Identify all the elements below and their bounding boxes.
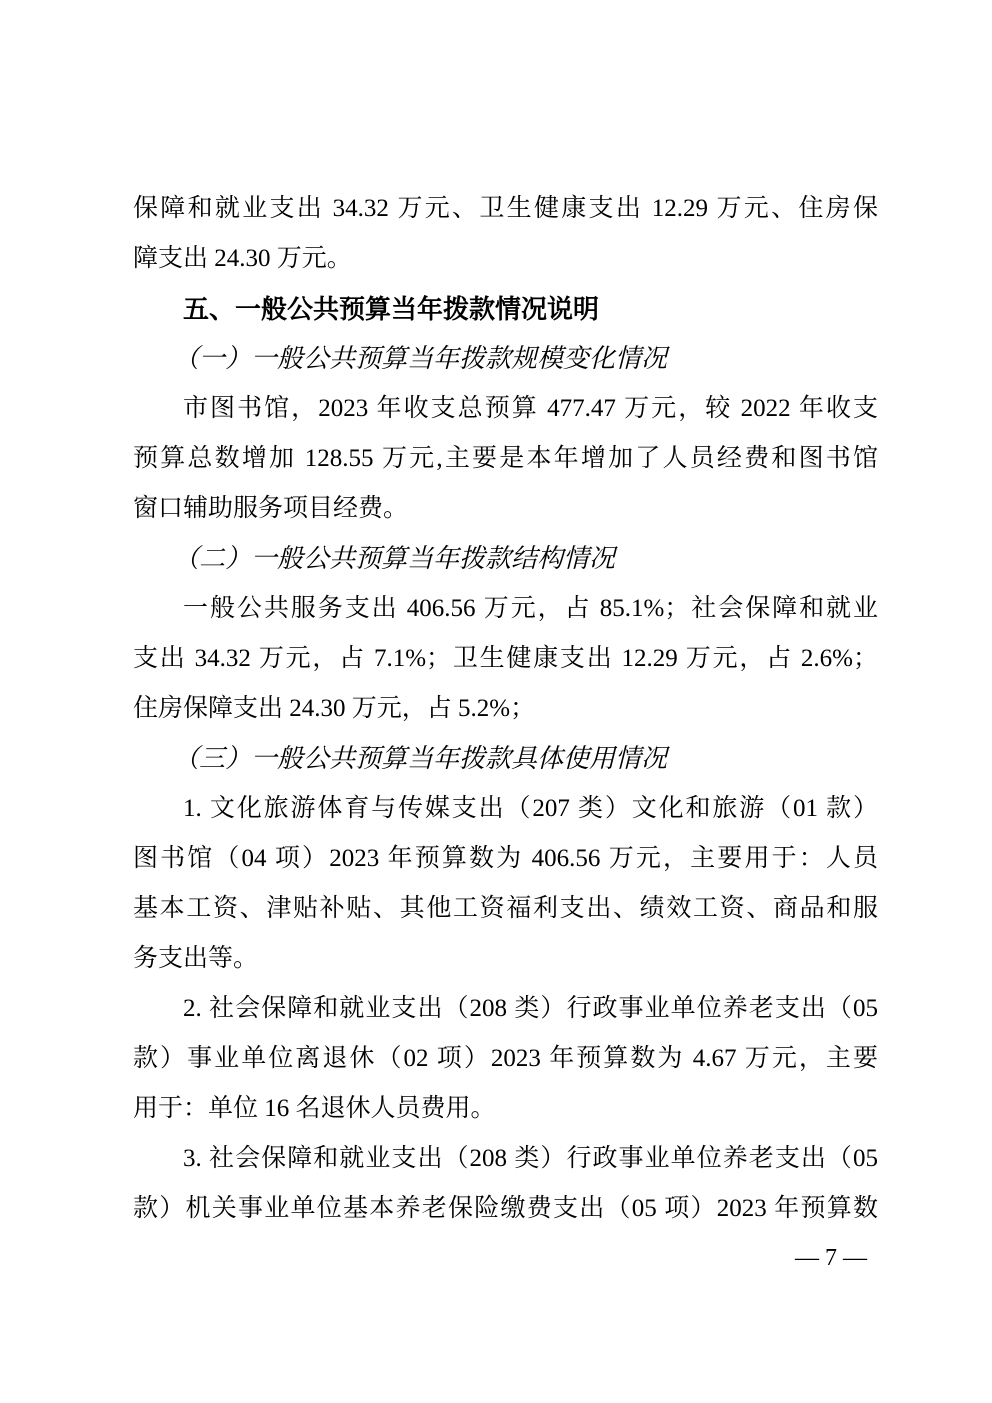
para-item-3: 3. 社会保障和就业支出（208 类）行政事业单位养老支出（05款）机关事业单位… (133, 1134, 878, 1234)
text-line: 支出 34.32 万元，占 7.1%；卫生健康支出 12.29 万元，占 2.6… (133, 634, 878, 684)
text-line: 2. 社会保障和就业支出（208 类）行政事业单位养老支出（05 (133, 984, 878, 1034)
page: 保障和就业支出 34.32 万元、卫生健康支出 12.29 万元、住房保障支出 … (0, 0, 992, 1403)
text-line: （三）一般公共预算当年拨款具体使用情况 (133, 734, 878, 784)
subheading-2: （二）一般公共预算当年拨款结构情况 (133, 534, 878, 584)
text-line: 3. 社会保障和就业支出（208 类）行政事业单位养老支出（05 (133, 1134, 878, 1184)
text-line: 用于：单位 16 名退休人员费用。 (133, 1084, 878, 1134)
page-number: — 7 — (795, 1244, 867, 1272)
subheading-1: （一）一般公共预算当年拨款规模变化情况 (133, 334, 878, 384)
text-line: 市图书馆，2023 年收支总预算 477.47 万元，较 2022 年收支 (133, 384, 878, 434)
document-body: 保障和就业支出 34.32 万元、卫生健康支出 12.29 万元、住房保障支出 … (133, 184, 878, 1234)
text-line: 住房保障支出 24.30 万元，占 5.2%； (133, 684, 878, 734)
text-line: 一般公共服务支出 406.56 万元，占 85.1%；社会保障和就业 (133, 584, 878, 634)
text-line: 窗口辅助服务项目经费。 (133, 484, 878, 534)
text-line: 预算总数增加 128.55 万元,主要是本年增加了人员经费和图书馆 (133, 434, 878, 484)
text-line: 保障和就业支出 34.32 万元、卫生健康支出 12.29 万元、住房保 (133, 184, 878, 234)
text-line: 障支出 24.30 万元。 (133, 234, 878, 284)
text-line: 1. 文化旅游体育与传媒支出（207 类）文化和旅游（01 款） (133, 784, 878, 834)
text-line: （一）一般公共预算当年拨款规模变化情况 (133, 334, 878, 384)
text-line: 五、一般公共预算当年拨款情况说明 (133, 284, 878, 334)
para-item-1: 1. 文化旅游体育与传媒支出（207 类）文化和旅游（01 款）图书馆（04 项… (133, 784, 878, 984)
text-line: 基本工资、津贴补贴、其他工资福利支出、绩效工资、商品和服 (133, 884, 878, 934)
para-continuation: 保障和就业支出 34.32 万元、卫生健康支出 12.29 万元、住房保障支出 … (133, 184, 878, 284)
para-structure: 一般公共服务支出 406.56 万元，占 85.1%；社会保障和就业支出 34.… (133, 584, 878, 734)
text-line: 款）机关事业单位基本养老保险缴费支出（05 项）2023 年预算数 (133, 1184, 878, 1234)
heading-section-5: 五、一般公共预算当年拨款情况说明 (133, 284, 878, 334)
subheading-3: （三）一般公共预算当年拨款具体使用情况 (133, 734, 878, 784)
text-line: （二）一般公共预算当年拨款结构情况 (133, 534, 878, 584)
text-line: 图书馆（04 项）2023 年预算数为 406.56 万元，主要用于：人员 (133, 834, 878, 884)
para-item-2: 2. 社会保障和就业支出（208 类）行政事业单位养老支出（05款）事业单位离退… (133, 984, 878, 1134)
para-scale-change: 市图书馆，2023 年收支总预算 477.47 万元，较 2022 年收支预算总… (133, 384, 878, 534)
text-line: 务支出等。 (133, 934, 878, 984)
text-line: 款）事业单位离退休（02 项）2023 年预算数为 4.67 万元，主要 (133, 1034, 878, 1084)
